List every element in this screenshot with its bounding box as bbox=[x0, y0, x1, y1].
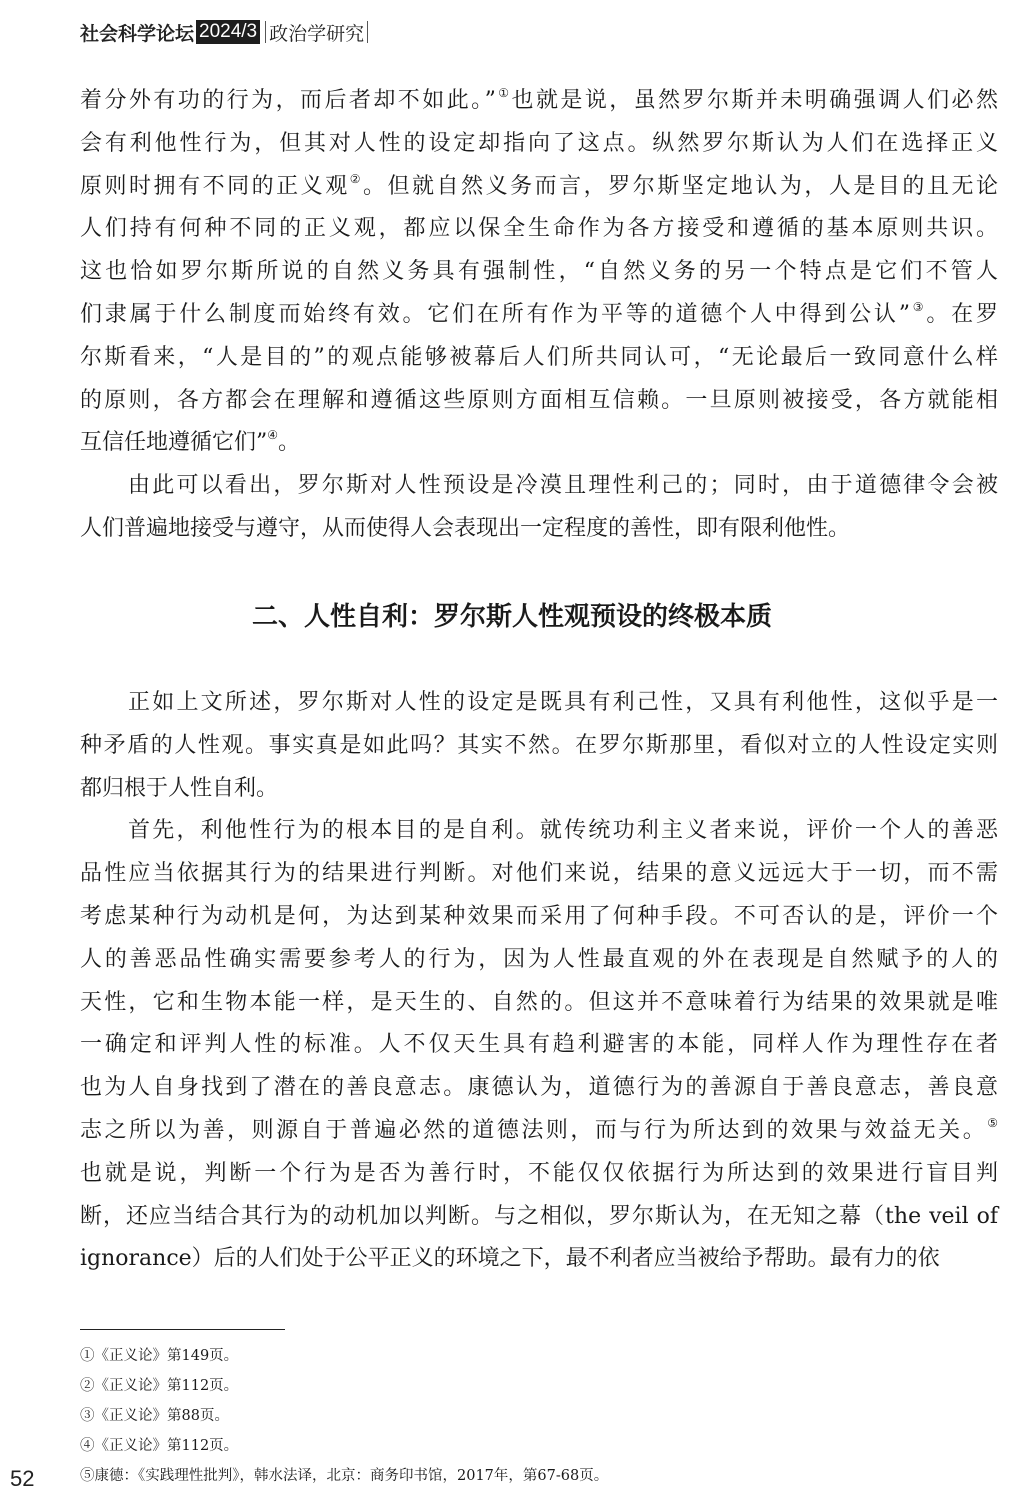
text-line: 尔斯看来，“人是目的”的观点能够被幕后人们所共同认可，“无论最后一致同意什么样 bbox=[80, 337, 998, 380]
footnote-ref[interactable]: ① bbox=[496, 86, 512, 100]
text-line: 品性应当依据其行为的结果进行判断。对他们来说，结果的意义远远大于一切，而不需 bbox=[80, 853, 998, 896]
text-line: 着分外有功的行为，而后者却不如此。”①也就是说，虽然罗尔斯并未明确强调人们必然 bbox=[80, 80, 998, 123]
footnote-divider bbox=[80, 1329, 285, 1330]
text-line: 人们持有何种不同的正义观，都应以保全生命作为各方接受和遵循的基本原则共识。 bbox=[80, 208, 998, 251]
text-line: ignorance）后的人们处于公平正义的环境之下，最不利者应当被给予帮助。最有… bbox=[80, 1238, 998, 1281]
text-line: 会有利他性行为，但其对人性的设定却指向了这点。纵然罗尔斯认为人们在选择正义 bbox=[80, 123, 998, 166]
footnote: ②《正义论》第112页。 bbox=[80, 1376, 608, 1406]
section-heading: 二、人性自利：罗尔斯人性观预设的终极本质 bbox=[0, 596, 1024, 633]
text-line: 原则时拥有不同的正义观②。但就自然义务而言，罗尔斯坚定地认为，人是目的且无论 bbox=[80, 166, 998, 209]
text-line: 也就是说，判断一个行为是否为善行时，不能仅仅依据行为所达到的效果进行盲目判 bbox=[80, 1153, 998, 1196]
footnote-ref[interactable]: ④ bbox=[267, 428, 278, 442]
footnote: ④《正义论》第112页。 bbox=[80, 1436, 608, 1466]
text-line: 一确定和评判人性的标准。人不仅天生具有趋利避害的本能，同样人作为理性存在者 bbox=[80, 1024, 998, 1067]
text-line: 种矛盾的人性观。事实真是如此吗？其实不然。在罗尔斯那里，看似对立的人性设定实则 bbox=[80, 725, 998, 768]
footnote: ③《正义论》第88页。 bbox=[80, 1406, 608, 1436]
text-line: 正如上文所述，罗尔斯对人性的设定是既具有利己性，又具有利他性，这似乎是一 bbox=[80, 682, 998, 725]
text-line: 互信任地遵循它们”④。 bbox=[80, 422, 998, 465]
text-line: 都归根于人性自利。 bbox=[80, 768, 998, 811]
section-name: 政治学研究 bbox=[269, 19, 364, 46]
text-line: 的原则，各方都会在理解和遵循这些原则方面相互信赖。一旦原则被接受，各方就能相 bbox=[80, 380, 998, 423]
text-line: 志之所以为善，则源自于普遍必然的道德法则，而与行为所达到的效果与效益无关。⑤ bbox=[80, 1110, 998, 1153]
issue-badge: 2024/3 bbox=[196, 20, 260, 44]
page-number: 52 bbox=[10, 1466, 34, 1492]
footnotes: ①《正义论》第149页。 ②《正义论》第112页。 ③《正义论》第88页。 ④《… bbox=[80, 1346, 608, 1496]
text-line: 首先，利他性行为的根本目的是自利。就传统功利主义者来说，评价一个人的善恶 bbox=[80, 810, 998, 853]
text-line: 也为人自身找到了潜在的善良意志。康德认为，道德行为的善源自于善良意志，善良意 bbox=[80, 1067, 998, 1110]
running-header: 社会科学论坛 2024/3 政治学研究 bbox=[80, 18, 371, 46]
header-divider bbox=[265, 21, 266, 43]
footnote-ref[interactable]: ② bbox=[350, 172, 363, 186]
footnote-ref[interactable]: ③ bbox=[910, 300, 926, 314]
footnote: ①《正义论》第149页。 bbox=[80, 1346, 608, 1376]
header-divider bbox=[367, 21, 368, 43]
footnote: ⑤康德：《实践理性批判》，韩水法译，北京：商务印书馆，2017年，第67-68页… bbox=[80, 1466, 608, 1496]
journal-name: 社会科学论坛 bbox=[80, 19, 194, 46]
footnote-ref[interactable]: ⑤ bbox=[987, 1116, 998, 1130]
text-line: 这也恰如罗尔斯所说的自然义务具有强制性，“自然义务的另一个特点是它们不管人 bbox=[80, 251, 998, 294]
text-line: 人们普遍地接受与遵守，从而使得人会表现出一定程度的善性，即有限利他性。 bbox=[80, 508, 998, 551]
text-line: 人的善恶品性确实需要参考人的行为，因为人性最直观的外在表现是自然赋予的人的 bbox=[80, 939, 998, 982]
text-line: 断，还应当结合其行为的动机加以判断。与之相似，罗尔斯认为，在无知之幕（the v… bbox=[80, 1196, 998, 1239]
text-line: 们隶属于什么制度而始终有效。它们在所有作为平等的道德个人中得到公认”③。在罗 bbox=[80, 294, 998, 337]
body-text-top: 着分外有功的行为，而后者却不如此。”①也就是说，虽然罗尔斯并未明确强调人们必然会… bbox=[80, 80, 998, 551]
body-text-bottom: 正如上文所述，罗尔斯对人性的设定是既具有利己性，又具有利他性，这似乎是一种矛盾的… bbox=[80, 682, 998, 1281]
text-line: 天性，它和生物本能一样，是天生的、自然的。但这并不意味着行为结果的效果就是唯 bbox=[80, 982, 998, 1025]
text-line: 考虑某种行为动机是何，为达到某种效果而采用了何种手段。不可否认的是，评价一个 bbox=[80, 896, 998, 939]
text-line: 由此可以看出，罗尔斯对人性预设是冷漠且理性利己的；同时，由于道德律令会被 bbox=[80, 465, 998, 508]
